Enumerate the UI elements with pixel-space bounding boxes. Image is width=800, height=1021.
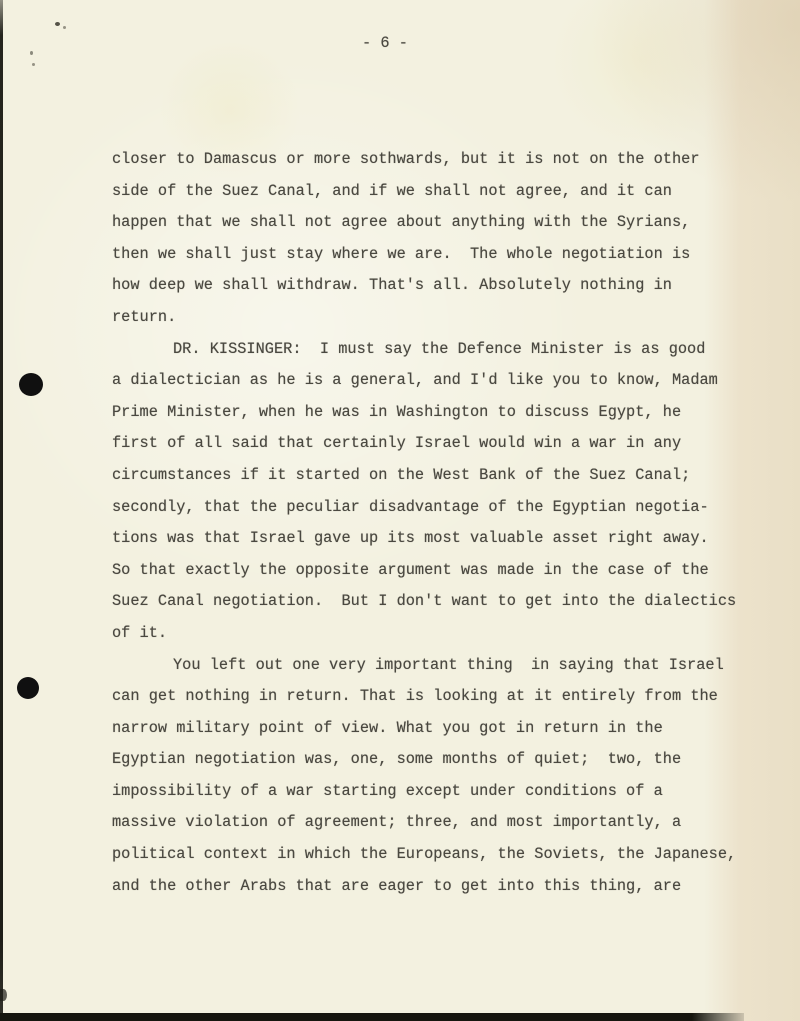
document-line: a dialectician as he is a general, and I… — [112, 365, 777, 397]
paper-speck — [32, 63, 35, 66]
document-text: closer to Damascus or more sothwards, bu… — [112, 144, 777, 902]
paper-speck — [30, 51, 33, 55]
document-line: secondly, that the peculiar disadvantage… — [112, 492, 777, 524]
scan-edge-blob — [0, 989, 7, 1001]
document-line: tions was that Israel gave up its most v… — [112, 523, 777, 555]
document-line: can get nothing in return. That is looki… — [112, 681, 777, 713]
document-line: You left out one very important thing in… — [112, 650, 777, 682]
document-line: then we shall just stay where we are. Th… — [112, 239, 777, 271]
document-line: DR. KISSINGER: I must say the Defence Mi… — [112, 334, 777, 366]
hole-punch-mark-bottom — [17, 677, 39, 699]
document-line: impossibility of a war starting except u… — [112, 776, 777, 808]
document-line: of it. — [112, 618, 777, 650]
hole-punch-mark-top — [19, 373, 43, 396]
document-line: political context in which the Europeans… — [112, 839, 777, 871]
paper-speck — [63, 26, 66, 29]
document-line: how deep we shall withdraw. That's all. … — [112, 270, 777, 302]
document-line: side of the Suez Canal, and if we shall … — [112, 176, 777, 208]
scan-edge-bottom — [0, 1013, 744, 1021]
document-line: circumstances if it started on the West … — [112, 460, 777, 492]
document-line: narrow military point of view. What you … — [112, 713, 777, 745]
paper-speck — [55, 22, 60, 26]
document-line: return. — [112, 302, 777, 334]
document-line: closer to Damascus or more sothwards, bu… — [112, 144, 777, 176]
document-line: Prime Minister, when he was in Washingto… — [112, 397, 777, 429]
document-line: Egyptian negotiation was, one, some mont… — [112, 744, 777, 776]
document-line: first of all said that certainly Israel … — [112, 428, 777, 460]
document-line: So that exactly the opposite argument wa… — [112, 555, 777, 587]
document-line: massive violation of agreement; three, a… — [112, 807, 777, 839]
document-line: happen that we shall not agree about any… — [112, 207, 777, 239]
scanned-document-page: - 6 - closer to Damascus or more sothwar… — [0, 0, 800, 1021]
scan-edge-left — [0, 0, 3, 1014]
document-line: Suez Canal negotiation. But I don't want… — [112, 586, 777, 618]
page-number: - 6 - — [362, 34, 408, 52]
document-line: and the other Arabs that are eager to ge… — [112, 871, 777, 903]
